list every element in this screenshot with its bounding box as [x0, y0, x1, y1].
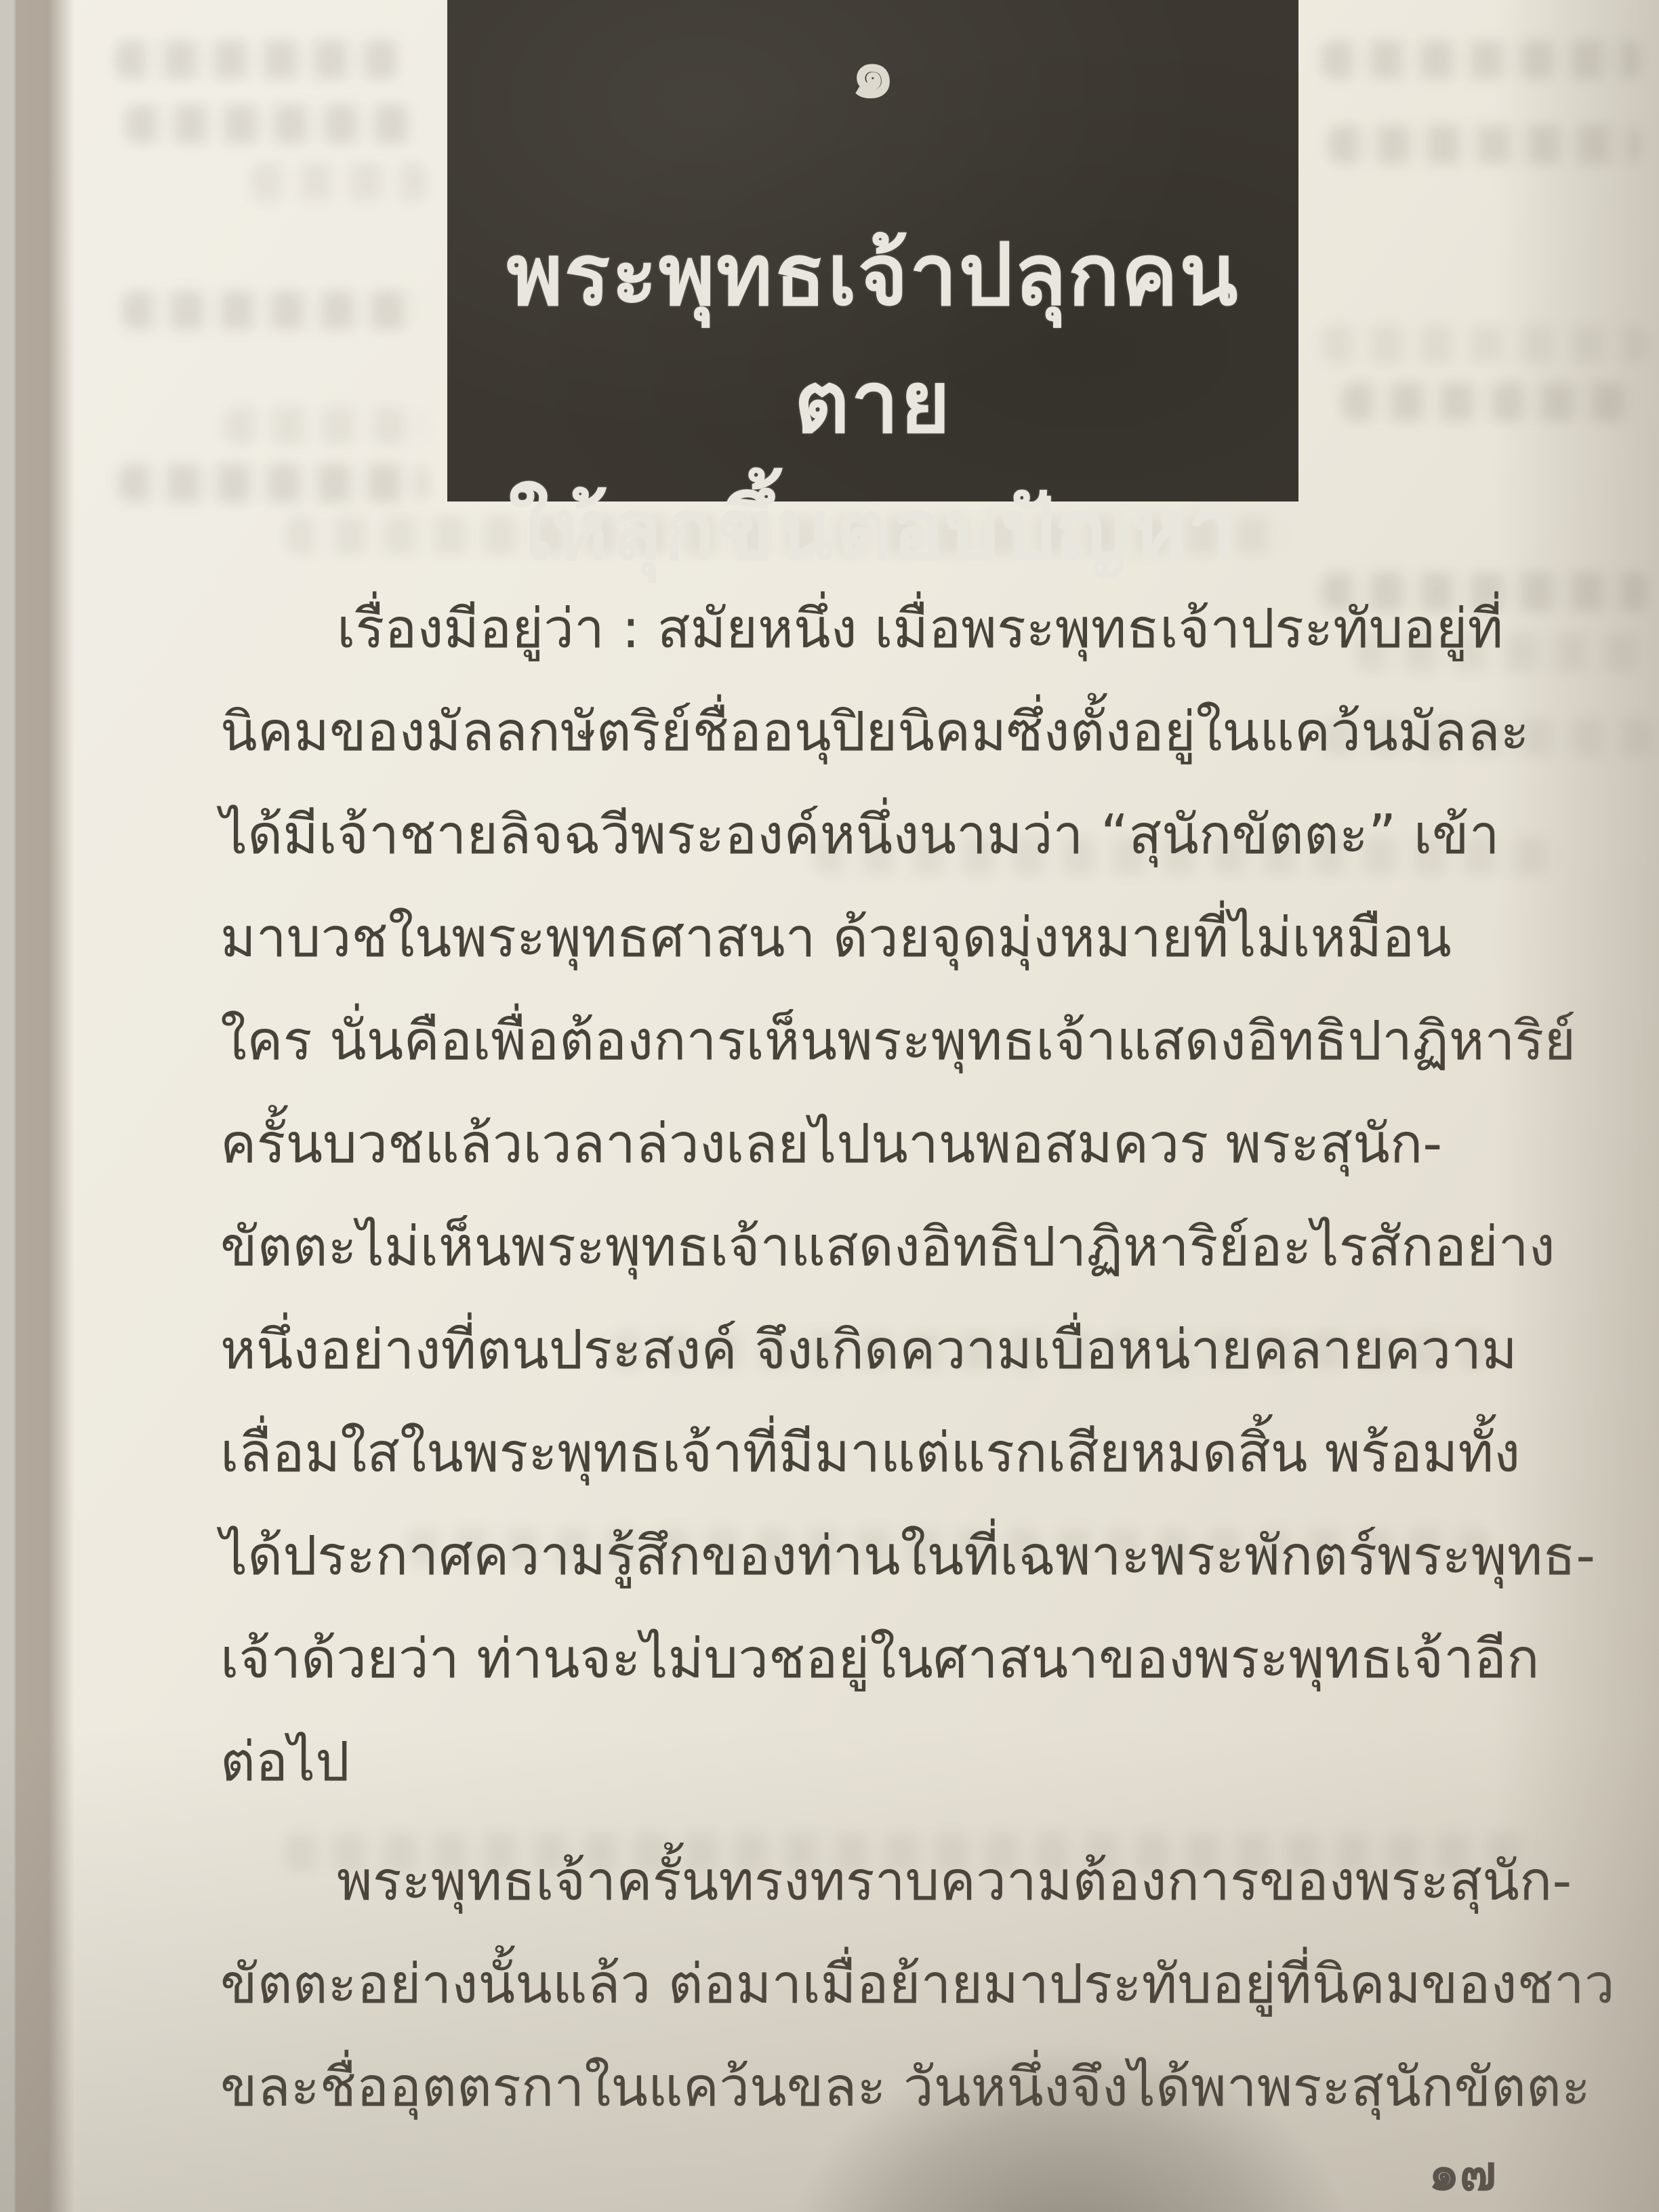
- text-line: ขัตตะอย่างนั้นแล้ว ต่อมาเมื่อย้ายมาประทั…: [220, 1933, 1565, 2036]
- paragraph-2: พระพุทธเจ้าครั้นทรงทราบความต้องการของพระ…: [220, 1830, 1565, 2139]
- text-line: เจ้าด้วยว่า ท่านจะไม่บวชอยู่ในศาสนาของพร…: [220, 1607, 1565, 1711]
- show-through-text: [119, 464, 427, 502]
- show-through-text: [1322, 325, 1647, 363]
- show-through-text: [1342, 383, 1640, 421]
- text-line: ได้ประกาศความรู้สึกของท่านในที่เฉพาะพระพ…: [220, 1504, 1565, 1607]
- book-page-photo: ๑ พระพุทธเจ้าปลุกคนตาย ให้ลุกขึ้นตอบปัญห…: [0, 0, 1659, 2212]
- text-line: ครั้นบวชแล้วเวลาล่วงเลยไปนานพอสมควร พระส…: [220, 1092, 1565, 1195]
- text-line: หนึ่งอย่างที่ตนประสงค์ จึงเกิดความเบื่อห…: [220, 1298, 1565, 1401]
- text-line: มาบวชในพระพุทธศาสนา ด้วยจุดมุ่งหมายที่ไม…: [220, 886, 1565, 989]
- show-through-text: [1328, 125, 1640, 163]
- text-line: ใคร นั่นคือเพื่อต้องการเห็นพระพุทธเจ้าแส…: [220, 989, 1565, 1092]
- text-line: นิคมของมัลลกษัตริย์ชื่ออนุปิยนิคมซึ่งตั้…: [220, 680, 1565, 783]
- show-through-text: [224, 407, 427, 445]
- text-line: เรื่องมีอยู่ว่า : สมัยหนึ่ง เมื่อพระพุทธ…: [220, 577, 1565, 680]
- text-line: เลื่อมใสในพระพุทธเจ้าที่มีมาแต่แรกเสียหม…: [220, 1401, 1565, 1504]
- chapter-number: ๑: [447, 35, 1298, 110]
- page-number: ๑๗: [1429, 2133, 1496, 2211]
- text-line: ขละชื่ออุตตรกาในแคว้นขละ วันหนึ่งจึงได้พ…: [220, 2036, 1565, 2139]
- body-text: เรื่องมีอยู่ว่า : สมัยหนึ่ง เมื่อพระพุทธ…: [220, 577, 1565, 2139]
- show-through-text: [115, 41, 400, 79]
- text-line: ขัตตะไม่เห็นพระพุทธเจ้าแสดงอิทธิปาฏิหาริ…: [220, 1195, 1565, 1298]
- chapter-title-line-1: พระพุทธเจ้าปลุกคนตาย: [447, 211, 1298, 466]
- show-through-text: [122, 291, 420, 329]
- text-line: ต่อไป: [220, 1711, 1565, 1814]
- show-through-text: [1322, 41, 1640, 79]
- paragraph-1: เรื่องมีอยู่ว่า : สมัยหนึ่ง เมื่อพระพุทธ…: [220, 577, 1565, 1814]
- text-line: พระพุทธเจ้าครั้นทรงทราบความต้องการของพระ…: [220, 1830, 1565, 1933]
- show-through-text: [125, 105, 417, 143]
- text-line: ได้มีเจ้าชายลิจฉวีพระองค์หนึ่งนามว่า “สุ…: [220, 783, 1565, 886]
- show-through-text: [251, 163, 427, 201]
- chapter-title-line-2: ให้ลุกขึ้นตอบปัญหา: [447, 466, 1298, 594]
- chapter-title: พระพุทธเจ้าปลุกคนตาย ให้ลุกขึ้นตอบปัญหา: [447, 211, 1298, 594]
- chapter-title-box: ๑ พระพุทธเจ้าปลุกคนตาย ให้ลุกขึ้นตอบปัญห…: [447, 0, 1298, 501]
- book-binding-edge: [0, 0, 81, 2212]
